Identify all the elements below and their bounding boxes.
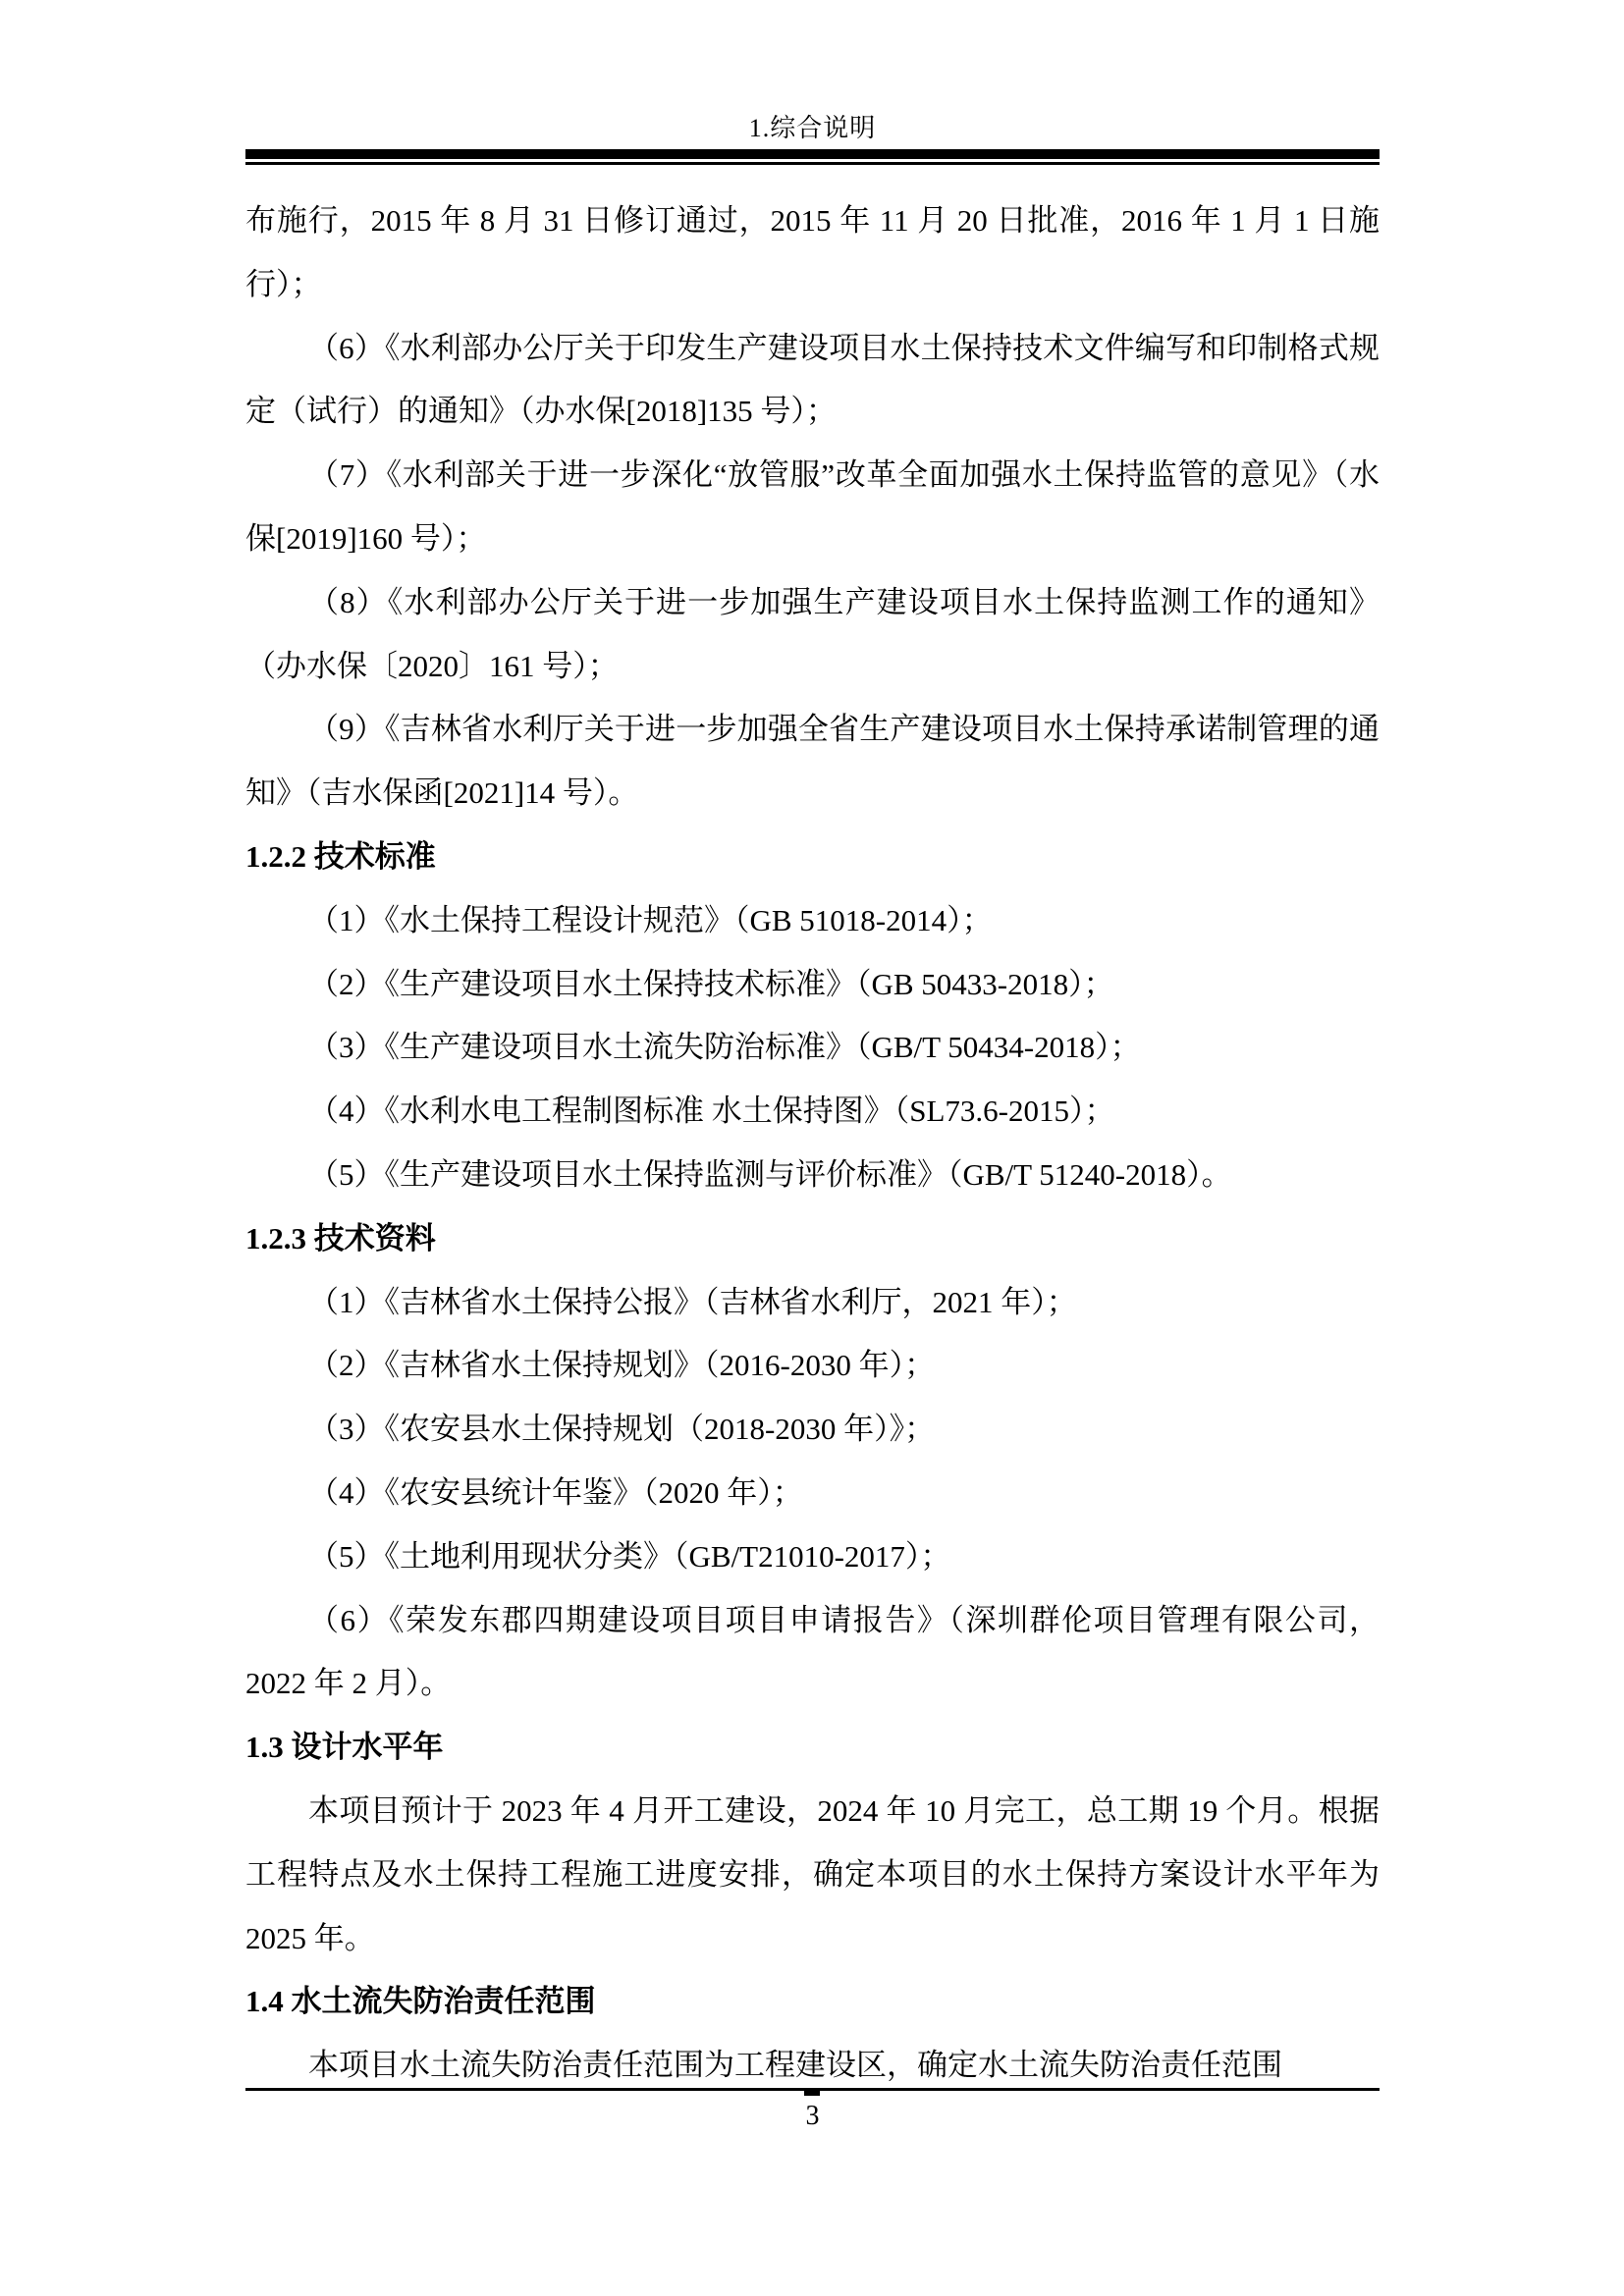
list-item-mat-6: （6）《荣发东郡四期建设项目项目申请报告》（深圳群伦项目管理有限公司，2022 … — [245, 1589, 1380, 1717]
list-item-mat-5: （5）《土地利用现状分类》（GB/T21010-2017）； — [245, 1525, 1380, 1589]
document-page: 1.综合说明 布施行，2015 年 8 月 31 日修订通过，2015 年 11… — [0, 0, 1624, 2296]
paragraph-design-year: 本项目预计于 2023 年 4 月开工建设，2024 年 10 月完工，总工期 … — [245, 1780, 1380, 1970]
list-item-std-5: （5）《生产建设项目水土保持监测与评价标准》（GB/T 51240-2018）。 — [245, 1144, 1380, 1207]
section-heading-1-4: 1.4 水土流失防治责任范围 — [245, 1970, 1380, 2034]
list-item-ref-8: （8）《水利部办公厅关于进一步加强生产建设项目水土保持监测工作的通知》（办水保〔… — [245, 571, 1380, 699]
list-item-ref-6: （6）《水利部办公厅关于印发生产建设项目水土保持技术文件编写和印制格式规定（试行… — [245, 317, 1380, 445]
list-item-std-1: （1）《水土保持工程设计规范》（GB 51018-2014）； — [245, 889, 1380, 953]
page-header-title: 1.综合说明 — [245, 114, 1380, 143]
section-heading-1-3: 1.3 设计水平年 — [245, 1716, 1380, 1780]
list-item-mat-1: （1）《吉林省水土保持公报》（吉林省水利厅，2021 年）； — [245, 1271, 1380, 1335]
list-item-ref-9: （9）《吉林省水利厅关于进一步加强全省生产建设项目水土保持承诺制管理的通知》（吉… — [245, 698, 1380, 826]
list-item-std-4: （4）《水利水电工程制图标准 水土保持图》（SL73.6-2015）； — [245, 1080, 1380, 1144]
page-number: 3 — [245, 2097, 1380, 2136]
document-body: 布施行，2015 年 8 月 31 日修订通过，2015 年 11 月 20 日… — [245, 189, 1380, 2098]
section-heading-1-2-3: 1.2.3 技术资料 — [245, 1207, 1380, 1271]
list-item-mat-4: （4）《农安县统计年鉴》（2020 年）； — [245, 1462, 1380, 1525]
list-item-mat-2: （2）《吉林省水土保持规划》（2016-2030 年）； — [245, 1334, 1380, 1398]
section-heading-1-2-2: 1.2.2 技术标准 — [245, 826, 1380, 889]
list-item-std-2: （2）《生产建设项目水土保持技术标准》（GB 50433-2018）； — [245, 953, 1380, 1017]
page-number-dash — [804, 2090, 820, 2096]
list-item-ref-7: （7）《水利部关于进一步深化“放管服”改革全面加强水土保持监管的意见》（水保[2… — [245, 444, 1380, 571]
header-double-rule — [245, 149, 1380, 165]
list-item-mat-3: （3）《农安县水土保持规划（2018-2030 年）》； — [245, 1398, 1380, 1462]
list-item-std-3: （3）《生产建设项目水土流失防治标准》（GB/T 50434-2018）； — [245, 1016, 1380, 1080]
paragraph-law-continuation: 布施行，2015 年 8 月 31 日修订通过，2015 年 11 月 20 日… — [245, 189, 1380, 317]
